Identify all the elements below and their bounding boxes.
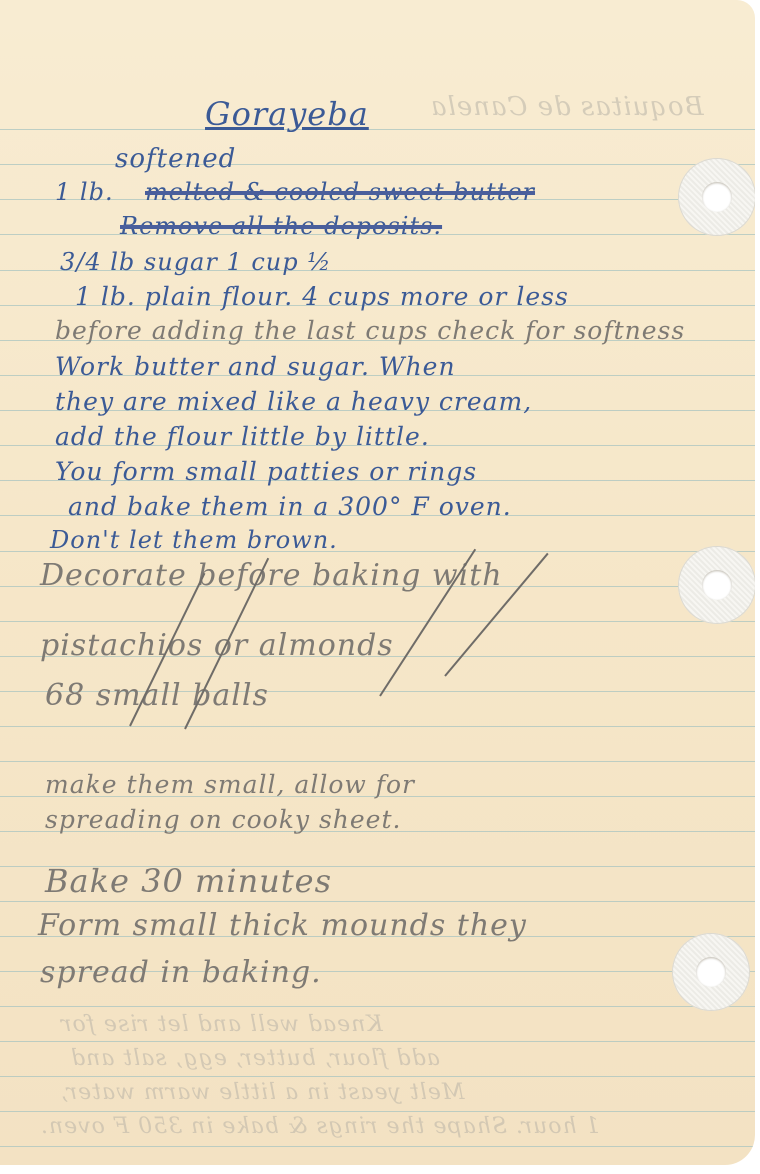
ingredient-flour: 1 lb. plain flour. 4 cups more or less — [75, 282, 569, 311]
step-work: Work butter and sugar. When — [55, 352, 456, 381]
ingredient-butter-qty: 1 lb. — [55, 178, 114, 206]
step-mixed: they are mixed like a heavy cream, — [55, 387, 532, 416]
note-pistachios: pistachios or almonds — [40, 628, 394, 663]
note-mounds: Form small thick mounds they — [38, 908, 527, 943]
struck-butter-text: melted & cooled sweet butter — [145, 178, 535, 206]
ruled-line — [0, 761, 755, 762]
bleed-through-text: add flour, butter, egg, salt and — [70, 1046, 440, 1071]
binder-hole — [696, 957, 726, 987]
step-bake: and bake them in a 300° F oven. — [68, 492, 512, 521]
ruled-line — [0, 1146, 755, 1147]
note-decorate: Decorate before baking with — [40, 558, 503, 593]
bleed-through-text: Boquitas de Canela — [430, 92, 704, 122]
binder-hole-reinforcer — [678, 546, 755, 624]
ruled-line — [0, 621, 755, 622]
note-spreading: spreading on cooky sheet. — [45, 805, 401, 834]
recipe-title: Gorayeba — [205, 95, 369, 133]
note-small-balls: 68 small balls — [45, 678, 269, 713]
ruled-line — [0, 164, 755, 165]
step-dont-brown: Don't let them brown. — [50, 526, 338, 554]
step-add-flour: add the flour little by little. — [55, 422, 430, 451]
note-spread: spread in baking. — [40, 955, 322, 990]
struck-remove-text: Remove all the deposits. — [120, 212, 442, 240]
ruled-line — [0, 1111, 755, 1112]
note-softness: before adding the last cups check for so… — [55, 316, 685, 345]
binder-hole — [702, 182, 732, 212]
note-bake-time: Bake 30 minutes — [45, 862, 332, 900]
ruled-line — [0, 1041, 755, 1042]
note-make-small: make them small, allow for — [45, 770, 415, 799]
binder-hole-reinforcer — [678, 158, 755, 236]
inserted-word: softened — [115, 144, 236, 174]
ruled-line — [0, 129, 755, 130]
ruled-line — [0, 901, 755, 902]
step-form: You form small patties or rings — [55, 457, 477, 486]
ruled-line — [0, 726, 755, 727]
recipe-card: Boquitas de Canela Knead well and let ri… — [0, 0, 755, 1165]
bleed-through-text: Melt yeast in a little warm water, — [60, 1080, 464, 1105]
bleed-through-text: Knead well and let rise for — [60, 1012, 383, 1037]
bleed-through-text: 1 hour. Shape the rings & bake in 350 F … — [40, 1114, 600, 1139]
ruled-line — [0, 1076, 755, 1077]
ingredient-sugar: 3/4 lb sugar 1 cup ½ — [60, 248, 332, 276]
binder-hole — [702, 570, 732, 600]
binder-hole-reinforcer — [672, 933, 750, 1011]
ruled-line — [0, 1006, 755, 1007]
